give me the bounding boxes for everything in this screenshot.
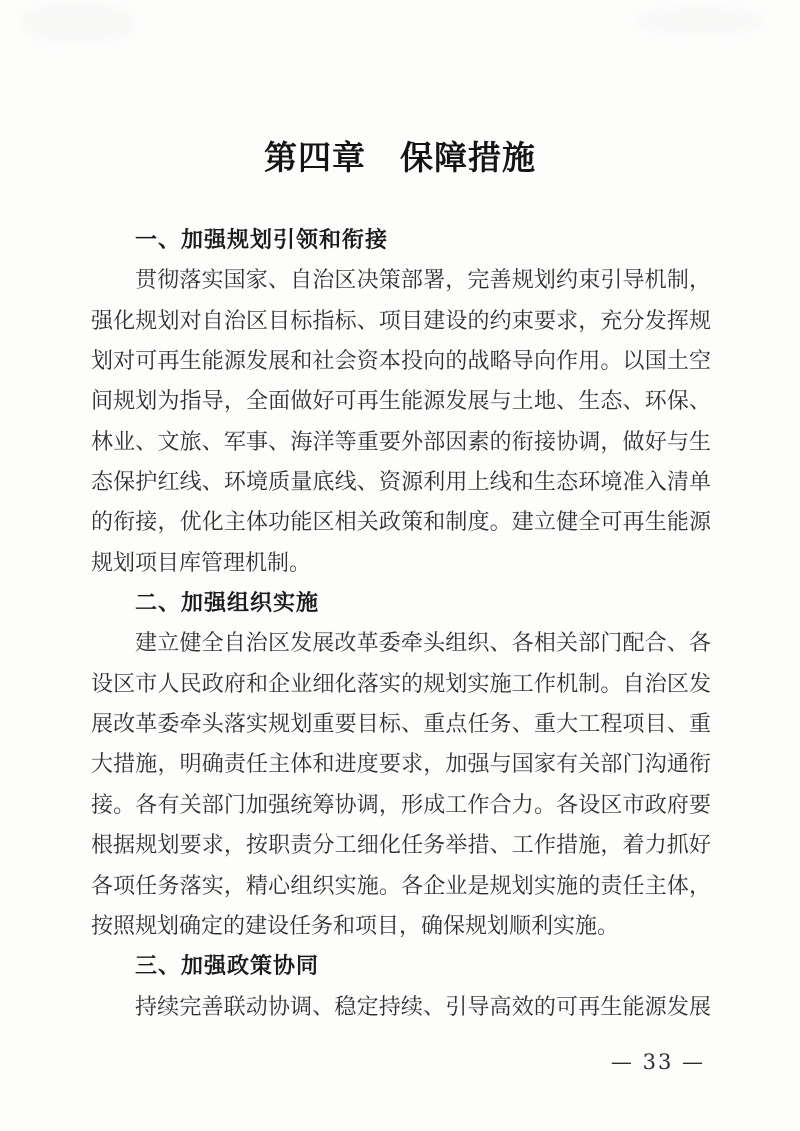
paragraph-line: 的衔接，优化主体功能区相关政策和制度。建立健全可再生能源 — [91, 503, 711, 543]
paragraph-line: 划对可再生能源发展和社会资本投向的战略导向作用。以国土空 — [91, 342, 711, 382]
paragraph-line: 持续完善联动协调、稳定持续、引导高效的可再生能源发展 — [91, 988, 711, 1028]
chapter-title: 第四章 保障措施 — [0, 137, 800, 179]
section-heading: 二、加强组织实施 — [91, 584, 711, 624]
paragraph-line: 展改革委牵头落实规划重要目标、重点任务、重大工程项目、重 — [91, 705, 711, 745]
paragraph-line: 设区市人民政府和企业细化落实的规划实施工作机制。自治区发 — [91, 665, 711, 705]
paragraph-line: 根据规划要求，按职责分工细化任务举措、工作措施，着力抓好 — [91, 826, 711, 866]
page-number: — 33 — — [611, 1046, 705, 1078]
section-heading: 一、加强规划引领和衔接 — [91, 221, 711, 261]
document-page: 第四章 保障措施 一、加强规划引领和衔接贯彻落实国家、自治区决策部署，完善规划约… — [0, 0, 800, 1131]
paragraph-line: 按照规划确定的建设任务和项目，确保规划顺利实施。 — [91, 907, 711, 947]
paragraph-line: 各项任务落实，精心组织实施。各企业是规划实施的责任主体， — [91, 867, 711, 907]
paragraph-line: 贯彻落实国家、自治区决策部署，完善规划约束引导机制， — [91, 261, 711, 301]
paragraph-line: 林业、文旅、军事、海洋等重要外部因素的衔接协调，做好与生 — [91, 423, 711, 463]
paragraph-line: 间规划为指导，全面做好可再生能源发展与土地、生态、环保、 — [91, 382, 711, 422]
paragraph-line: 规划项目库管理机制。 — [91, 544, 711, 584]
scan-artifact-top-left — [20, 2, 135, 44]
paragraph-line: 接。各有关部门加强统筹协调，形成工作合力。各设区市政府要 — [91, 786, 711, 826]
paragraph-line: 大措施，明确责任主体和进度要求，加强与国家有关部门沟通衔 — [91, 745, 711, 785]
section-heading: 三、加强政策协同 — [91, 947, 711, 987]
paragraph-line: 建立健全自治区发展改革委牵头组织、各相关部门配合、各 — [91, 624, 711, 664]
scan-artifact-top-right — [635, 6, 765, 36]
document-body: 一、加强规划引领和衔接贯彻落实国家、自治区决策部署，完善规划约束引导机制，强化规… — [91, 221, 711, 1028]
paragraph-line: 强化规划对自治区目标指标、项目建设的约束要求，充分发挥规 — [91, 302, 711, 342]
paragraph-line: 态保护红线、环境质量底线、资源利用上线和生态环境准入清单 — [91, 463, 711, 503]
